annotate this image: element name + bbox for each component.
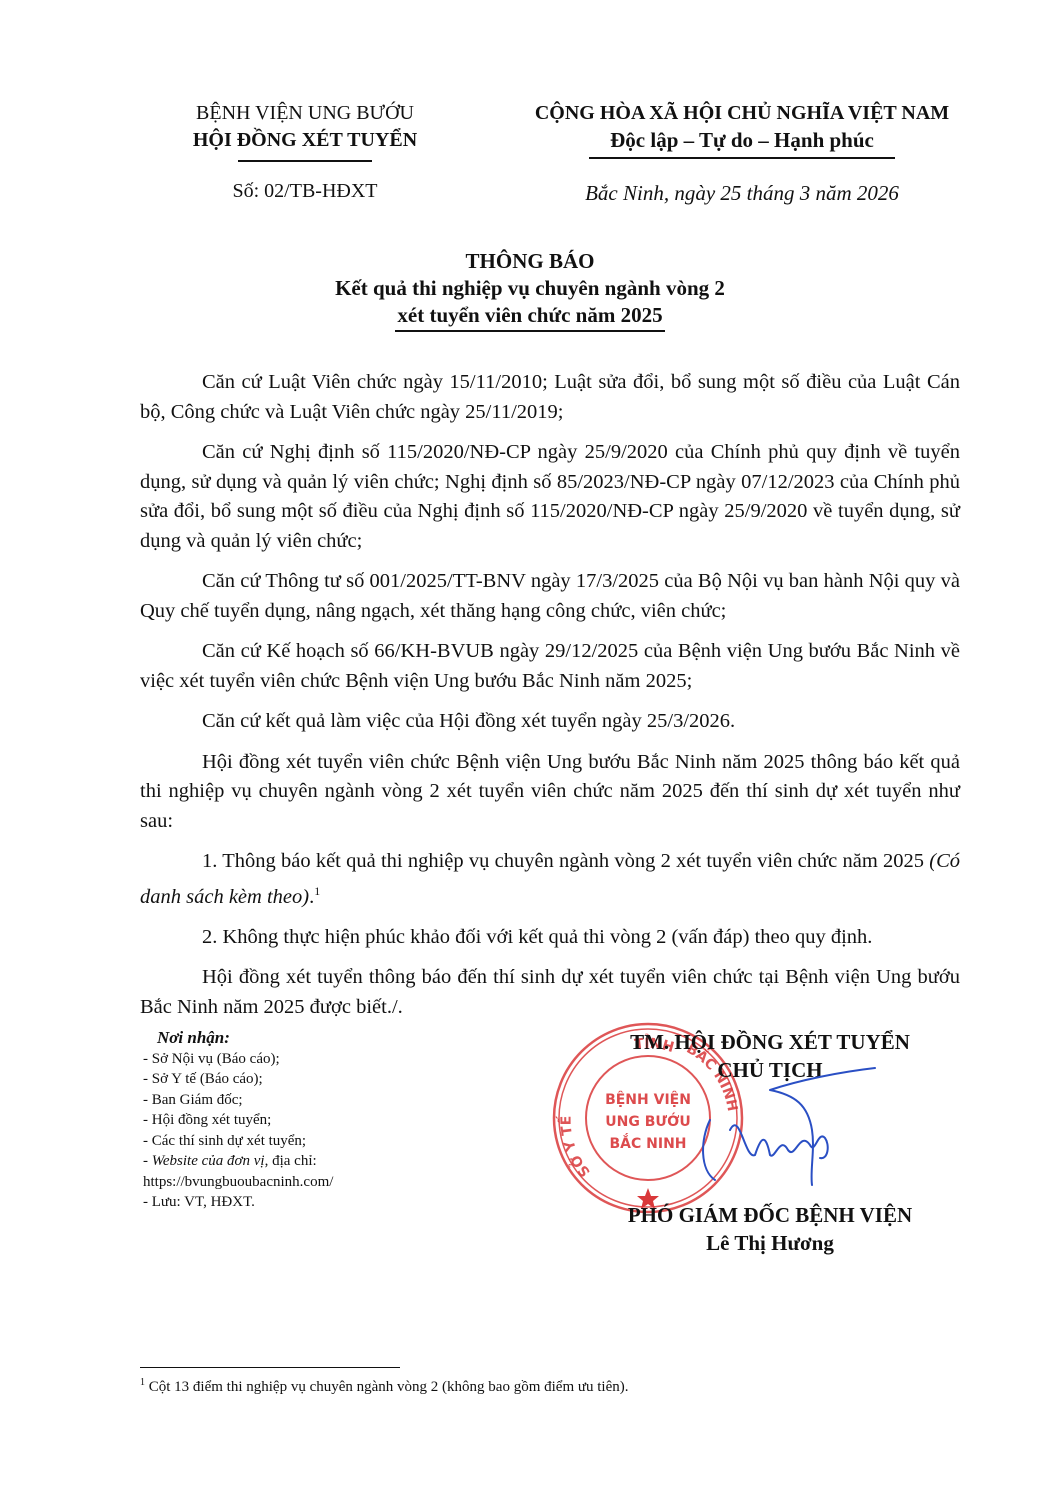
document-subtitle-2: xét tuyển viên chức năm 2025 xyxy=(130,302,930,329)
legal-basis-3: Căn cứ Thông tư số 001/2025/TT-BNV ngày … xyxy=(140,567,960,626)
document-title-block: THÔNG BÁO Kết quả thi nghiệp vụ chuyên n… xyxy=(130,248,930,332)
item-2: 2. Không thực hiện phúc khảo đối với kết… xyxy=(140,923,960,953)
divider xyxy=(238,160,372,162)
document-subtitle-1: Kết quả thi nghiệp vụ chuyên ngành vòng … xyxy=(130,275,930,302)
signer-position: PHÓ GIÁM ĐỐC BỆNH VIỆN xyxy=(560,1201,980,1229)
footnote-ref[interactable]: 1 xyxy=(314,884,320,898)
document-body: Căn cứ Luật Viên chức ngày 15/11/2010; L… xyxy=(140,368,960,1033)
place-date: Bắc Ninh, ngày 25 tháng 3 năm 2026 xyxy=(492,181,992,206)
handwritten-signature-icon xyxy=(700,1060,880,1190)
website-url-link[interactable]: https://bvungbuoubacninh.com/ xyxy=(143,1172,423,1193)
recipient-item: - Sở Nội vụ (Báo cáo); xyxy=(143,1049,423,1070)
nation-title: CỘNG HÒA XÃ HỘI CHỦ NGHĨA VIỆT NAM xyxy=(492,100,992,127)
org-name: BỆNH VIỆN UNG BƯỚU xyxy=(120,100,490,127)
legal-basis-4: Căn cứ Kế hoạch số 66/KH-BVUB ngày 29/12… xyxy=(140,637,960,696)
archive-note: - Lưu: VT, HĐXT. xyxy=(143,1192,423,1213)
recipient-item: - Ban Giám đốc; xyxy=(143,1090,423,1111)
issuing-org-block: BỆNH VIỆN UNG BƯỚU HỘI ĐỒNG XÉT TUYỂN Số… xyxy=(120,100,490,203)
recipient-item: - Các thí sinh dự xét tuyển; xyxy=(143,1131,423,1152)
signer-name: Lê Thị Hương xyxy=(560,1229,980,1257)
closing-paragraph: Hội đồng xét tuyển thông báo đến thí sin… xyxy=(140,963,960,1022)
recipients-block: Nơi nhận: - Sở Nội vụ (Báo cáo); - Sở Y … xyxy=(143,1028,423,1213)
signer-capacity: TM. HỘI ĐỒNG XÉT TUYỂN xyxy=(560,1028,980,1056)
document-number: Số: 02/TB-HĐXT xyxy=(120,180,490,203)
footnote-text: Cột 13 điểm thi nghiệp vụ chuyên ngành v… xyxy=(145,1379,628,1395)
legal-basis-2: Căn cứ Nghị định số 115/2020/NĐ-CP ngày … xyxy=(140,438,960,556)
announcement-intro: Hội đồng xét tuyển viên chức Bệnh viện U… xyxy=(140,748,960,837)
recipients-heading: Nơi nhận: xyxy=(157,1028,423,1049)
legal-basis-1: Căn cứ Luật Viên chức ngày 15/11/2010; L… xyxy=(140,368,960,427)
divider xyxy=(589,157,895,159)
recipient-item: - Hội đồng xét tuyển; xyxy=(143,1110,423,1131)
national-header-block: CỘNG HÒA XÃ HỘI CHỦ NGHĨA VIỆT NAM Độc l… xyxy=(492,100,992,206)
recipient-website: - Website của đơn vị, địa chỉ: xyxy=(143,1151,423,1172)
document-title: THÔNG BÁO xyxy=(130,248,930,275)
recipient-item: - Sở Y tế (Báo cáo); xyxy=(143,1069,423,1090)
legal-basis-5: Căn cứ kết quả làm việc của Hội đồng xét… xyxy=(140,707,960,737)
council-name: HỘI ĐỒNG XÉT TUYỂN xyxy=(120,127,490,154)
item-1: 1. Thông báo kết quả thi nghiệp vụ chuyê… xyxy=(140,847,960,912)
divider xyxy=(395,330,665,332)
footnote-divider xyxy=(140,1367,400,1368)
nation-motto: Độc lập – Tự do – Hạnh phúc xyxy=(492,127,992,154)
footnote: 1 Cột 13 điểm thi nghiệp vụ chuyên ngành… xyxy=(140,1377,960,1396)
